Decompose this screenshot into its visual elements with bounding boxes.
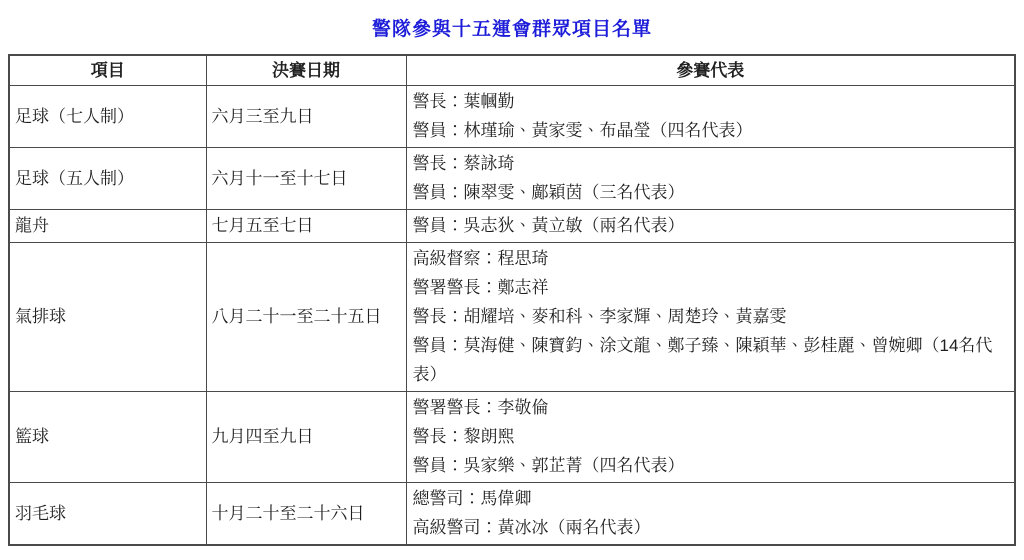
header-date: 決賽日期 xyxy=(206,55,406,86)
rep-line: 警長：葉幗勤 xyxy=(413,87,1009,116)
table-row: 氣排球 八月二十一至二十五日 高級督察：程思琦 警署警長：鄭志祥 警長：胡耀培、… xyxy=(9,243,1015,392)
rep-line: 警長：黎朗熙 xyxy=(413,422,1009,451)
reps-cell: 警長：葉幗勤 警員：林瑾瑜、黃家雯、布晶瑩（四名代表） xyxy=(406,86,1015,148)
item-cell: 龍舟 xyxy=(9,210,206,243)
date-cell: 六月十一至十七日 xyxy=(206,148,406,210)
item-cell: 羽毛球 xyxy=(9,483,206,546)
header-reps: 參賽代表 xyxy=(406,55,1015,86)
header-row: 項目 決賽日期 參賽代表 xyxy=(9,55,1015,86)
item-cell: 氣排球 xyxy=(9,243,206,392)
rep-line: 警員：林瑾瑜、黃家雯、布晶瑩（四名代表） xyxy=(413,116,1009,145)
table-row: 足球（七人制） 六月三至九日 警長：葉幗勤 警員：林瑾瑜、黃家雯、布晶瑩（四名代… xyxy=(9,86,1015,148)
rep-line: 警署警長：鄭志祥 xyxy=(413,273,1009,302)
rep-line: 警員：莫海健、陳寶鈞、涂文龍、鄭子臻、陳穎華、彭桂麗、曾婉卿（14名代表） xyxy=(413,331,1009,389)
table-row: 龍舟 七月五至七日 警員：吳志狄、黃立敏（兩名代表） xyxy=(9,210,1015,243)
rep-line: 警員：吳志狄、黃立敏（兩名代表） xyxy=(413,211,1009,240)
rep-line: 警署警長：李敬倫 xyxy=(413,393,1009,422)
reps-cell: 高級督察：程思琦 警署警長：鄭志祥 警長：胡耀培、麥和科、李家輝、周楚玲、黃嘉雯… xyxy=(406,243,1015,392)
date-cell: 十月二十至二十六日 xyxy=(206,483,406,546)
reps-cell: 警長：蔡詠琦 警員：陳翠雯、鄺穎茵（三名代表） xyxy=(406,148,1015,210)
table-row: 足球（五人制） 六月十一至十七日 警長：蔡詠琦 警員：陳翠雯、鄺穎茵（三名代表） xyxy=(9,148,1015,210)
date-cell: 九月四至九日 xyxy=(206,392,406,483)
table-row: 羽毛球 十月二十至二十六日 總警司：馬偉卿 高級警司：黃冰冰（兩名代表） xyxy=(9,483,1015,546)
date-cell: 七月五至七日 xyxy=(206,210,406,243)
roster-table: 項目 決賽日期 參賽代表 足球（七人制） 六月三至九日 警長：葉幗勤 警員：林瑾… xyxy=(8,54,1016,546)
table-row: 籃球 九月四至九日 警署警長：李敬倫 警長：黎朗熙 警員：吳家樂、郭芷菁（四名代… xyxy=(9,392,1015,483)
page-title: 警隊參與十五運會群眾項目名單 xyxy=(0,0,1024,54)
item-cell: 籃球 xyxy=(9,392,206,483)
date-cell: 六月三至九日 xyxy=(206,86,406,148)
rep-line: 警員：陳翠雯、鄺穎茵（三名代表） xyxy=(413,178,1009,207)
rep-line: 總警司：馬偉卿 xyxy=(413,484,1009,513)
header-item: 項目 xyxy=(9,55,206,86)
reps-cell: 警員：吳志狄、黃立敏（兩名代表） xyxy=(406,210,1015,243)
rep-line: 高級督察：程思琦 xyxy=(413,244,1009,273)
date-cell: 八月二十一至二十五日 xyxy=(206,243,406,392)
rep-line: 警員：吳家樂、郭芷菁（四名代表） xyxy=(413,451,1009,480)
rep-line: 警長：蔡詠琦 xyxy=(413,149,1009,178)
reps-cell: 警署警長：李敬倫 警長：黎朗熙 警員：吳家樂、郭芷菁（四名代表） xyxy=(406,392,1015,483)
rep-line: 警長：胡耀培、麥和科、李家輝、周楚玲、黃嘉雯 xyxy=(413,302,1009,331)
item-cell: 足球（七人制） xyxy=(9,86,206,148)
rep-line: 高級警司：黃冰冰（兩名代表） xyxy=(413,513,1009,542)
reps-cell: 總警司：馬偉卿 高級警司：黃冰冰（兩名代表） xyxy=(406,483,1015,546)
item-cell: 足球（五人制） xyxy=(9,148,206,210)
